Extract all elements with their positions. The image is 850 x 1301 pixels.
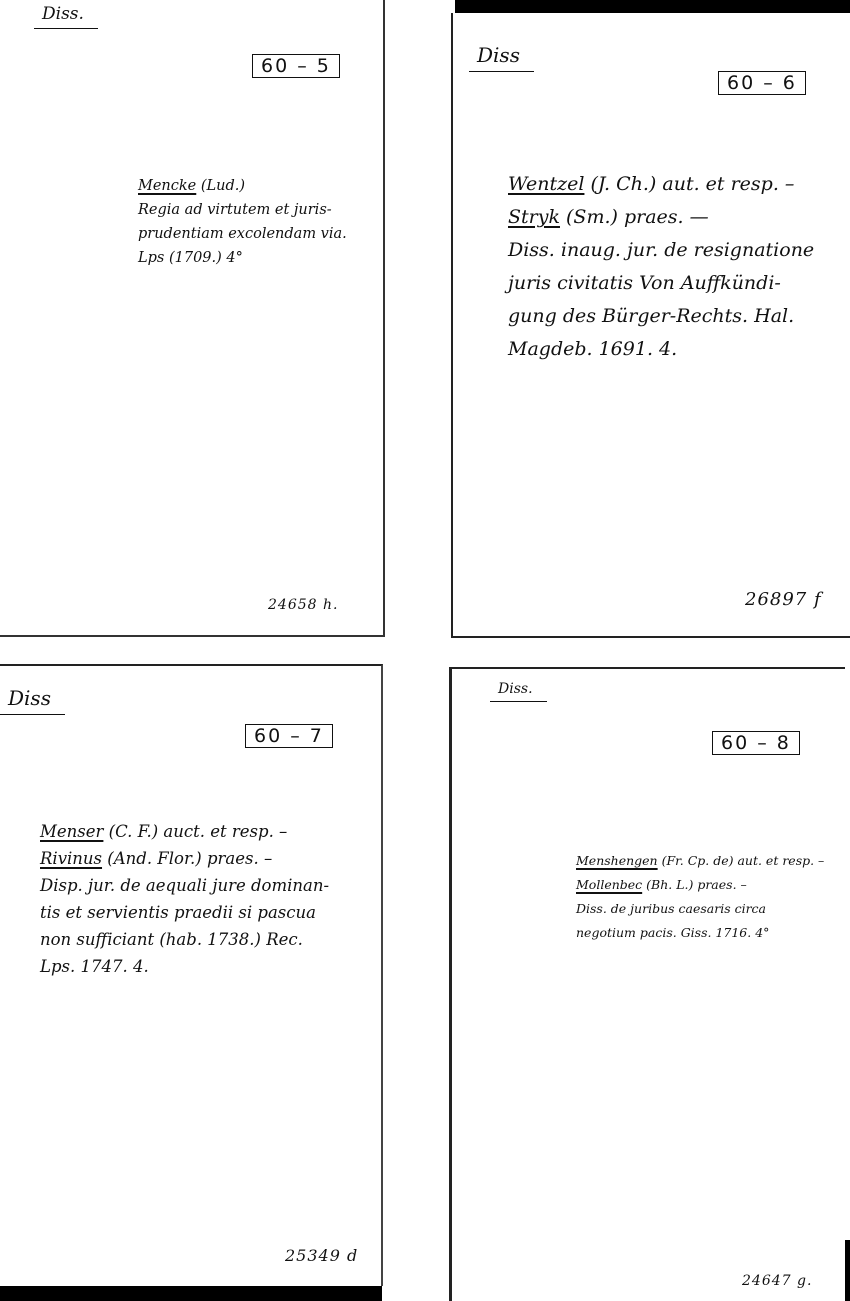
author-initials: (C. F.) auct. et resp. – [103,822,287,841]
praeses-name: Stryk [508,206,560,228]
call-number: 60 – 6 [718,71,806,95]
entry-line: tis et servientis praedii si pascua [40,899,329,926]
entry-line: Lps (1709.) 4° [138,246,347,270]
entry-line: non sufficiant (hab. 1738.) Rec. [40,926,329,953]
author-name: Menshengen [576,853,658,868]
author-initials: (Fr. Cp. de) aut. et resp. – [658,853,825,868]
category-label: Diss. [42,4,84,24]
accession-number: 24658 h. [268,597,338,613]
entry-line: negotium pacis. Giss. 1716. 4° [576,921,824,945]
bibliographic-entry: Menser (C. F.) auct. et resp. – Rivinus … [40,818,329,980]
entry-line: gung des Bürger-Rechts. Hal. [508,300,814,333]
praeses-initials: (Bh. L.) praes. – [642,877,747,892]
author-name: Mencke [138,178,196,194]
catalog-card-60-8: Diss. 60 – 8 Menshengen (Fr. Cp. de) aut… [449,667,845,1301]
entry-line: prudentiam excolendam via. [138,222,347,246]
catalog-card-60-7: Diss 60 – 7 Menser (C. F.) auct. et resp… [0,664,383,1286]
catalog-card-60-6: Diss 60 – 6 Wentzel (J. Ch.) aut. et res… [451,13,850,638]
catalog-card-60-5: Diss. 60 – 5 Mencke (Lud.) Regia ad virt… [0,0,385,637]
author-name: Wentzel [508,173,584,195]
praeses-initials: (Sm.) praes. — [560,206,709,228]
entry-line: Regia ad virtutem et juris- [138,198,347,222]
category-label: Diss [8,686,51,710]
call-number: 60 – 8 [712,731,800,755]
accession-number: 26897 f [745,589,822,610]
author-initials: (Lud.) [196,178,245,194]
scan-border-bottom [0,1285,382,1301]
category-label: Diss [477,43,520,67]
entry-line: Disp. jur. de aequali jure dominan- [40,872,329,899]
call-number: 60 – 5 [252,54,340,78]
praeses-initials: (And. Flor.) praes. – [102,849,272,868]
entry-line: Diss. de juribus caesaris circa [576,897,824,921]
bibliographic-entry: Menshengen (Fr. Cp. de) aut. et resp. – … [576,849,824,945]
accession-number: 24647 g. [742,1273,812,1289]
entry-line: Lps. 1747. 4. [40,953,329,980]
author-initials: (J. Ch.) aut. et resp. – [584,173,794,195]
bibliographic-entry: Mencke (Lud.) Regia ad virtutem et juris… [138,174,347,270]
praeses-name: Mollenbec [576,877,642,892]
praeses-name: Rivinus [40,849,102,868]
scan-border-top [455,0,850,13]
call-number: 60 – 7 [245,724,333,748]
accession-number: 25349 d [285,1246,358,1265]
bibliographic-entry: Wentzel (J. Ch.) aut. et resp. – Stryk (… [508,168,814,366]
author-name: Menser [40,822,103,841]
entry-line: Magdeb. 1691. 4. [508,333,814,366]
category-label: Diss. [498,681,533,697]
entry-line: Diss. inaug. jur. de resignatione [508,234,814,267]
entry-line: juris civitatis Von Auffkündi- [508,267,814,300]
